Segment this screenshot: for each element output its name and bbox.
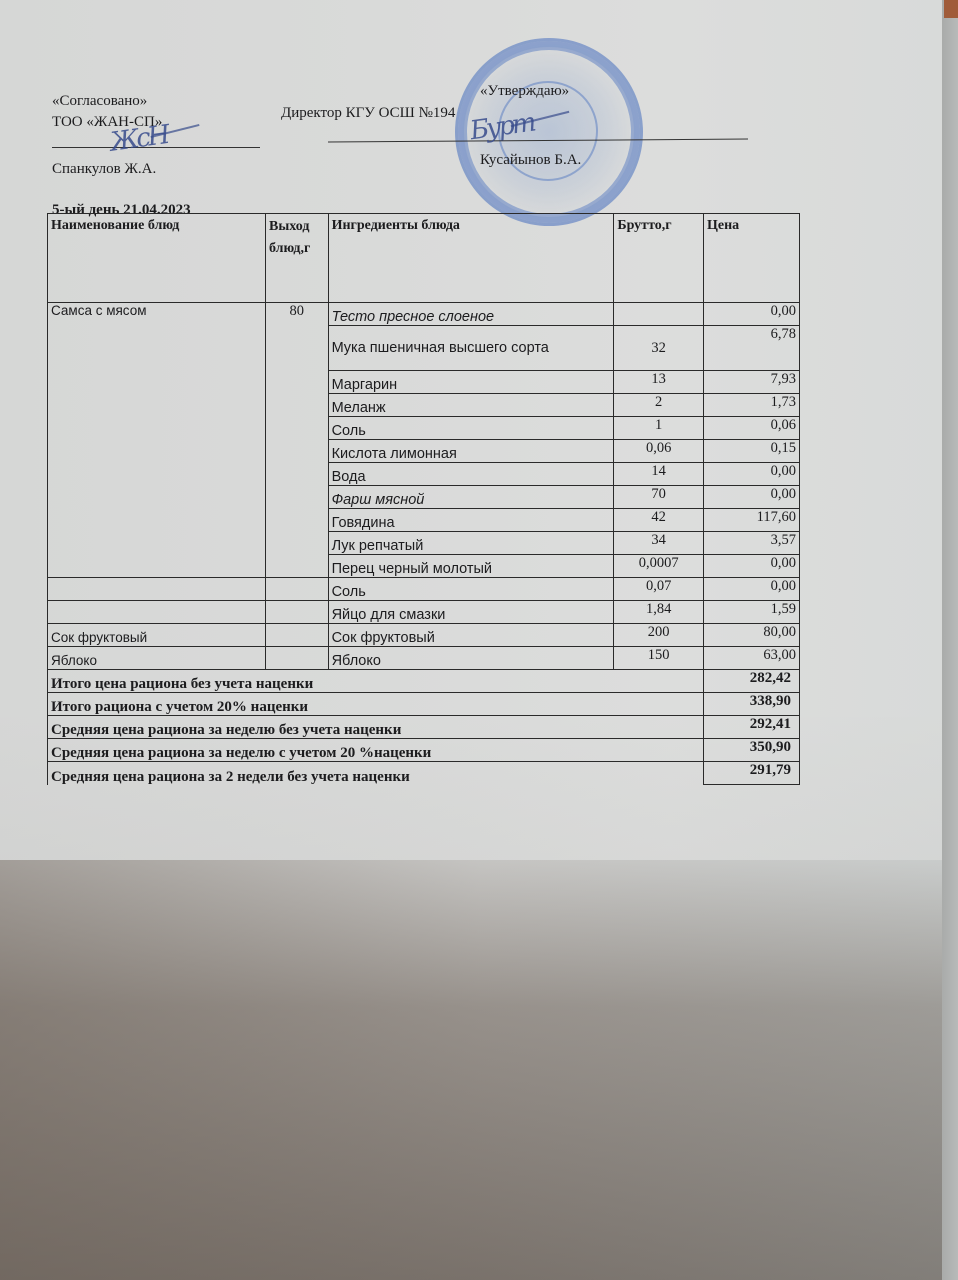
background-corner (944, 0, 958, 18)
dish-name (48, 578, 266, 601)
ingredient-gross: 32 (614, 326, 704, 371)
summary-row: Итого цена рациона без учета наценки 282… (48, 670, 800, 693)
ingredient-price: 0,00 (704, 578, 800, 601)
ingredient-price: 1,73 (704, 394, 800, 417)
table-row: Соль 0,07 0,00 (48, 578, 800, 601)
ingredient-price: 0,06 (704, 417, 800, 440)
ingredient-price: 1,59 (704, 601, 800, 624)
table-row: Яйцо для смазки 1,84 1,59 (48, 601, 800, 624)
summary-row: Средняя цена рациона за неделю с учетом … (48, 739, 800, 762)
summary-row: Средняя цена рациона за 2 недели без уче… (48, 762, 800, 785)
summary-row: Итого рациона с учетом 20% наценки 338,9… (48, 693, 800, 716)
column-header-output: Выход блюд,г (265, 214, 328, 303)
summary-label: Итого цена рациона без учета наценки (48, 670, 704, 693)
ingredient-gross: 13 (614, 371, 704, 394)
summary-label: Средняя цена рациона за неделю без учета… (48, 716, 704, 739)
ingredient-gross: 1 (614, 417, 704, 440)
dish-output (265, 578, 328, 601)
ingredient-name: Мука пшеничная высшего сорта (328, 326, 614, 371)
ingredient-price: 63,00 (704, 647, 800, 670)
director-signer: Кусайынов Б.А. (480, 151, 581, 169)
ingredient-name: Кислота лимонная (328, 440, 614, 463)
ingredient-price: 117,60 (704, 509, 800, 532)
summary-label: Средняя цена рациона за неделю с учетом … (48, 739, 704, 762)
summary-value: 282,42 (704, 670, 800, 693)
company-signer: Спанкулов Ж.А. (52, 160, 156, 178)
ingredient-gross: 1,84 (614, 601, 704, 624)
table-row: Самса с мясом 80 Тесто пресное слоеное 0… (48, 303, 800, 326)
summary-value: 350,90 (704, 739, 800, 762)
ingredient-name: Маргарин (328, 371, 614, 394)
ingredient-price: 80,00 (704, 624, 800, 647)
table-header-row: Наименование блюд Выход блюд,г Ингредиен… (48, 214, 800, 303)
column-header-gross: Брутто,г (614, 214, 704, 303)
ingredient-name: Соль (328, 417, 614, 440)
ingredient-name: Вода (328, 463, 614, 486)
column-header-ingredients: Ингредиенты блюда (328, 214, 614, 303)
ingredient-name: Яблоко (328, 647, 614, 670)
director-title: Директор КГУ ОСШ №194 (281, 104, 455, 122)
dish-output: 80 (265, 303, 328, 578)
ingredient-name: Лук репчатый (328, 532, 614, 555)
ingredient-gross: 70 (614, 486, 704, 509)
summary-value: 338,90 (704, 693, 800, 716)
ingredient-gross: 34 (614, 532, 704, 555)
ingredient-price: 3,57 (704, 532, 800, 555)
table-row: Яблоко Яблоко 150 63,00 (48, 647, 800, 670)
dish-output (265, 624, 328, 647)
ingredient-price: 0,00 (704, 555, 800, 578)
ingredient-gross: 0,07 (614, 578, 704, 601)
ingredient-gross: 14 (614, 463, 704, 486)
ingredient-price: 0,00 (704, 303, 800, 326)
menu-table: Наименование блюд Выход блюд,г Ингредиен… (47, 213, 800, 785)
ingredient-gross: 0,06 (614, 440, 704, 463)
ingredient-name: Соль (328, 578, 614, 601)
ingredient-price: 0,15 (704, 440, 800, 463)
paper-edge (942, 0, 958, 1280)
ingredient-price: 6,78 (704, 326, 800, 371)
ingredient-name: Сок фруктовый (328, 624, 614, 647)
ingredient-gross: 2 (614, 394, 704, 417)
summary-label: Итого рациона с учетом 20% наценки (48, 693, 704, 716)
dish-name (48, 601, 266, 624)
ingredient-name: Тесто пресное слоеное (328, 303, 614, 326)
ingredient-name: Говядина (328, 509, 614, 532)
approved-label: «Согласовано» (52, 92, 147, 110)
dish-name: Самса с мясом (48, 303, 266, 578)
ingredient-price: 0,00 (704, 463, 800, 486)
ingredient-gross (614, 303, 704, 326)
column-header-dish: Наименование блюд (48, 214, 266, 303)
ingredient-name: Перец черный молотый (328, 555, 614, 578)
ingredient-name: Меланж (328, 394, 614, 417)
dish-name: Яблоко (48, 647, 266, 670)
ingredient-gross: 0,0007 (614, 555, 704, 578)
ingredient-name: Фарш мясной (328, 486, 614, 509)
ingredient-gross: 200 (614, 624, 704, 647)
ingredient-gross: 42 (614, 509, 704, 532)
confirm-label: «Утверждаю» (480, 82, 569, 100)
column-header-price: Цена (704, 214, 800, 303)
summary-label: Средняя цена рациона за 2 недели без уче… (48, 762, 704, 785)
ingredient-gross: 150 (614, 647, 704, 670)
company-signature: ЖсН (108, 120, 169, 158)
dish-output (265, 601, 328, 624)
paper-shadow (0, 860, 958, 1280)
ingredient-price: 7,93 (704, 371, 800, 394)
summary-value: 292,41 (704, 716, 800, 739)
ingredient-name: Яйцо для смазки (328, 601, 614, 624)
dish-name: Сок фруктовый (48, 624, 266, 647)
summary-row: Средняя цена рациона за неделю без учета… (48, 716, 800, 739)
summary-value: 291,79 (704, 762, 800, 785)
ingredient-price: 0,00 (704, 486, 800, 509)
dish-output (265, 647, 328, 670)
table-row: Сок фруктовый Сок фруктовый 200 80,00 (48, 624, 800, 647)
